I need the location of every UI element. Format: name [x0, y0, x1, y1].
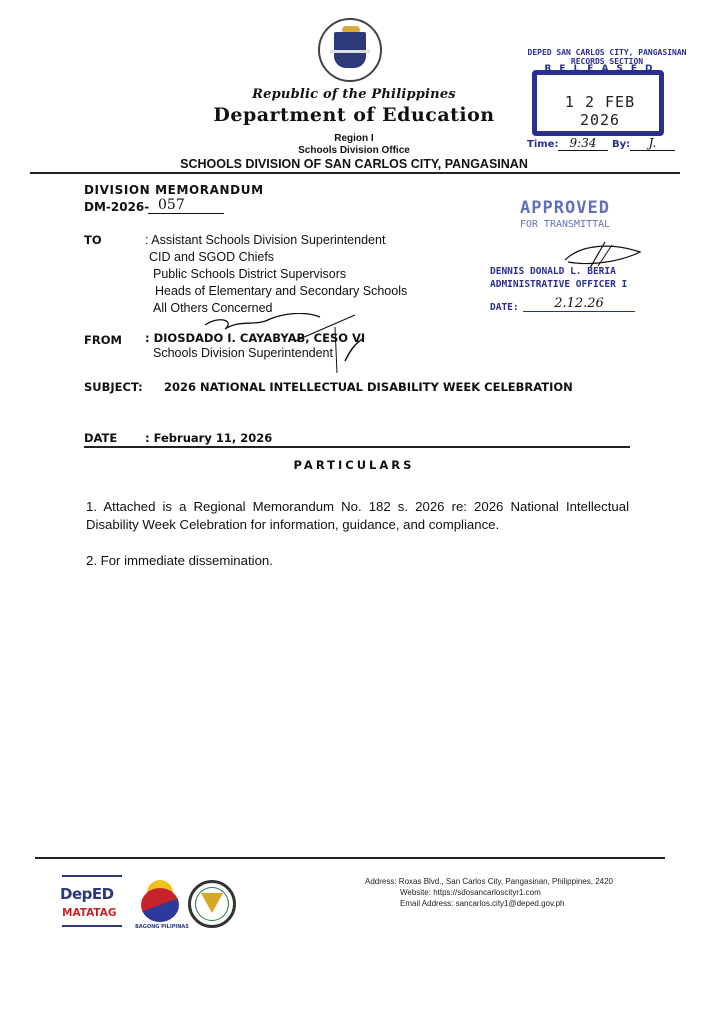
- paragraph-2: 2. For immediate dissemination.: [86, 553, 273, 568]
- recipient-list: : Assistant Schools Division Superintend…: [145, 232, 407, 317]
- bagong-pilipinas-logo-icon: BAGONG PILIPINAS: [133, 876, 188, 934]
- recipient-item: Public Schools District Supervisors: [145, 266, 407, 283]
- date-label: DATE: [84, 431, 117, 445]
- approver-position: ADMINISTRATIVE OFFICER I: [490, 279, 627, 290]
- memo-type: DIVISION MEMORANDUM: [84, 183, 264, 197]
- to-label: TO: [84, 233, 102, 247]
- recipient-item: : Assistant Schools Division Superintend…: [145, 232, 407, 249]
- memo-number-prefix: DM-2026-: [84, 200, 149, 214]
- date-value: : February 11, 2026: [145, 431, 272, 445]
- memo-number-value: 057: [148, 197, 224, 214]
- sdo-san-carlos-seal-icon: [188, 880, 236, 928]
- flag-circle-icon: [141, 888, 179, 922]
- stamp-office: DEPED SAN CARLOS CITY, PANGASINAN: [522, 48, 692, 57]
- particulars-heading: PARTICULARS: [0, 458, 708, 472]
- seal-triangle: [201, 893, 223, 913]
- footer-address: Address: Roxas Blvd., San Carlos City, P…: [365, 876, 613, 887]
- logo-line: [62, 875, 122, 877]
- from-label: FROM: [84, 333, 122, 347]
- bagong-pilipinas-text: BAGONG PILIPINAS: [133, 924, 191, 930]
- paragraph-1: 1. Attached is a Regional Memorandum No.…: [86, 498, 629, 534]
- footer-email: Email Address: sancarlos.city1@deped.gov…: [365, 898, 613, 909]
- division-name: SCHOOLS DIVISION OF SAN CARLOS CITY, PAN…: [0, 157, 708, 171]
- stamp-date: 1 2 FEB 2026: [545, 93, 655, 129]
- stamp-time-label: Time:: [527, 139, 558, 150]
- stamp-status: RELEASED: [540, 64, 665, 74]
- footer-website: Website: https://sdosancarloscityr1.com: [365, 887, 613, 898]
- sender-title: Schools Division Superintendent: [153, 346, 333, 360]
- deped-matatag-logo-icon: DepED MATATAG: [60, 875, 125, 935]
- footer-divider: [35, 857, 665, 859]
- seal-bar: [330, 50, 370, 53]
- approved-stamp-subtitle: FOR TRANSMITTAL: [485, 219, 645, 230]
- matatag-logo-text: MATATAG: [62, 907, 117, 919]
- approver-name: DENNIS DONALD L. BERIA: [490, 266, 616, 277]
- recipient-item: CID and SGOD Chiefs: [145, 249, 407, 266]
- approver-date-label: DATE:: [490, 302, 519, 313]
- logo-line: [62, 925, 122, 927]
- approver-date-value: 2.12.26: [523, 296, 635, 312]
- sender-name: : DIOSDADO I. CAYABYAB, CESO VI: [145, 331, 365, 345]
- stamp-by-label: By:: [612, 139, 630, 150]
- header-divider: [30, 172, 680, 174]
- stamp-time-value: 9:34: [558, 136, 608, 151]
- stamp-by-value: J.: [630, 136, 675, 151]
- recipient-item: Heads of Elementary and Secondary School…: [145, 283, 407, 300]
- deped-logo-text: DepED: [60, 885, 114, 903]
- date-divider: [84, 446, 630, 448]
- subject-value: 2026 NATIONAL INTELLECTUAL DISABILITY WE…: [164, 380, 573, 394]
- approved-stamp-title: APPROVED: [485, 198, 645, 218]
- deped-seal-icon: [318, 18, 382, 82]
- footer-contact-info: Address: Roxas Blvd., San Carlos City, P…: [365, 876, 613, 909]
- subject-label: SUBJECT:: [84, 380, 143, 394]
